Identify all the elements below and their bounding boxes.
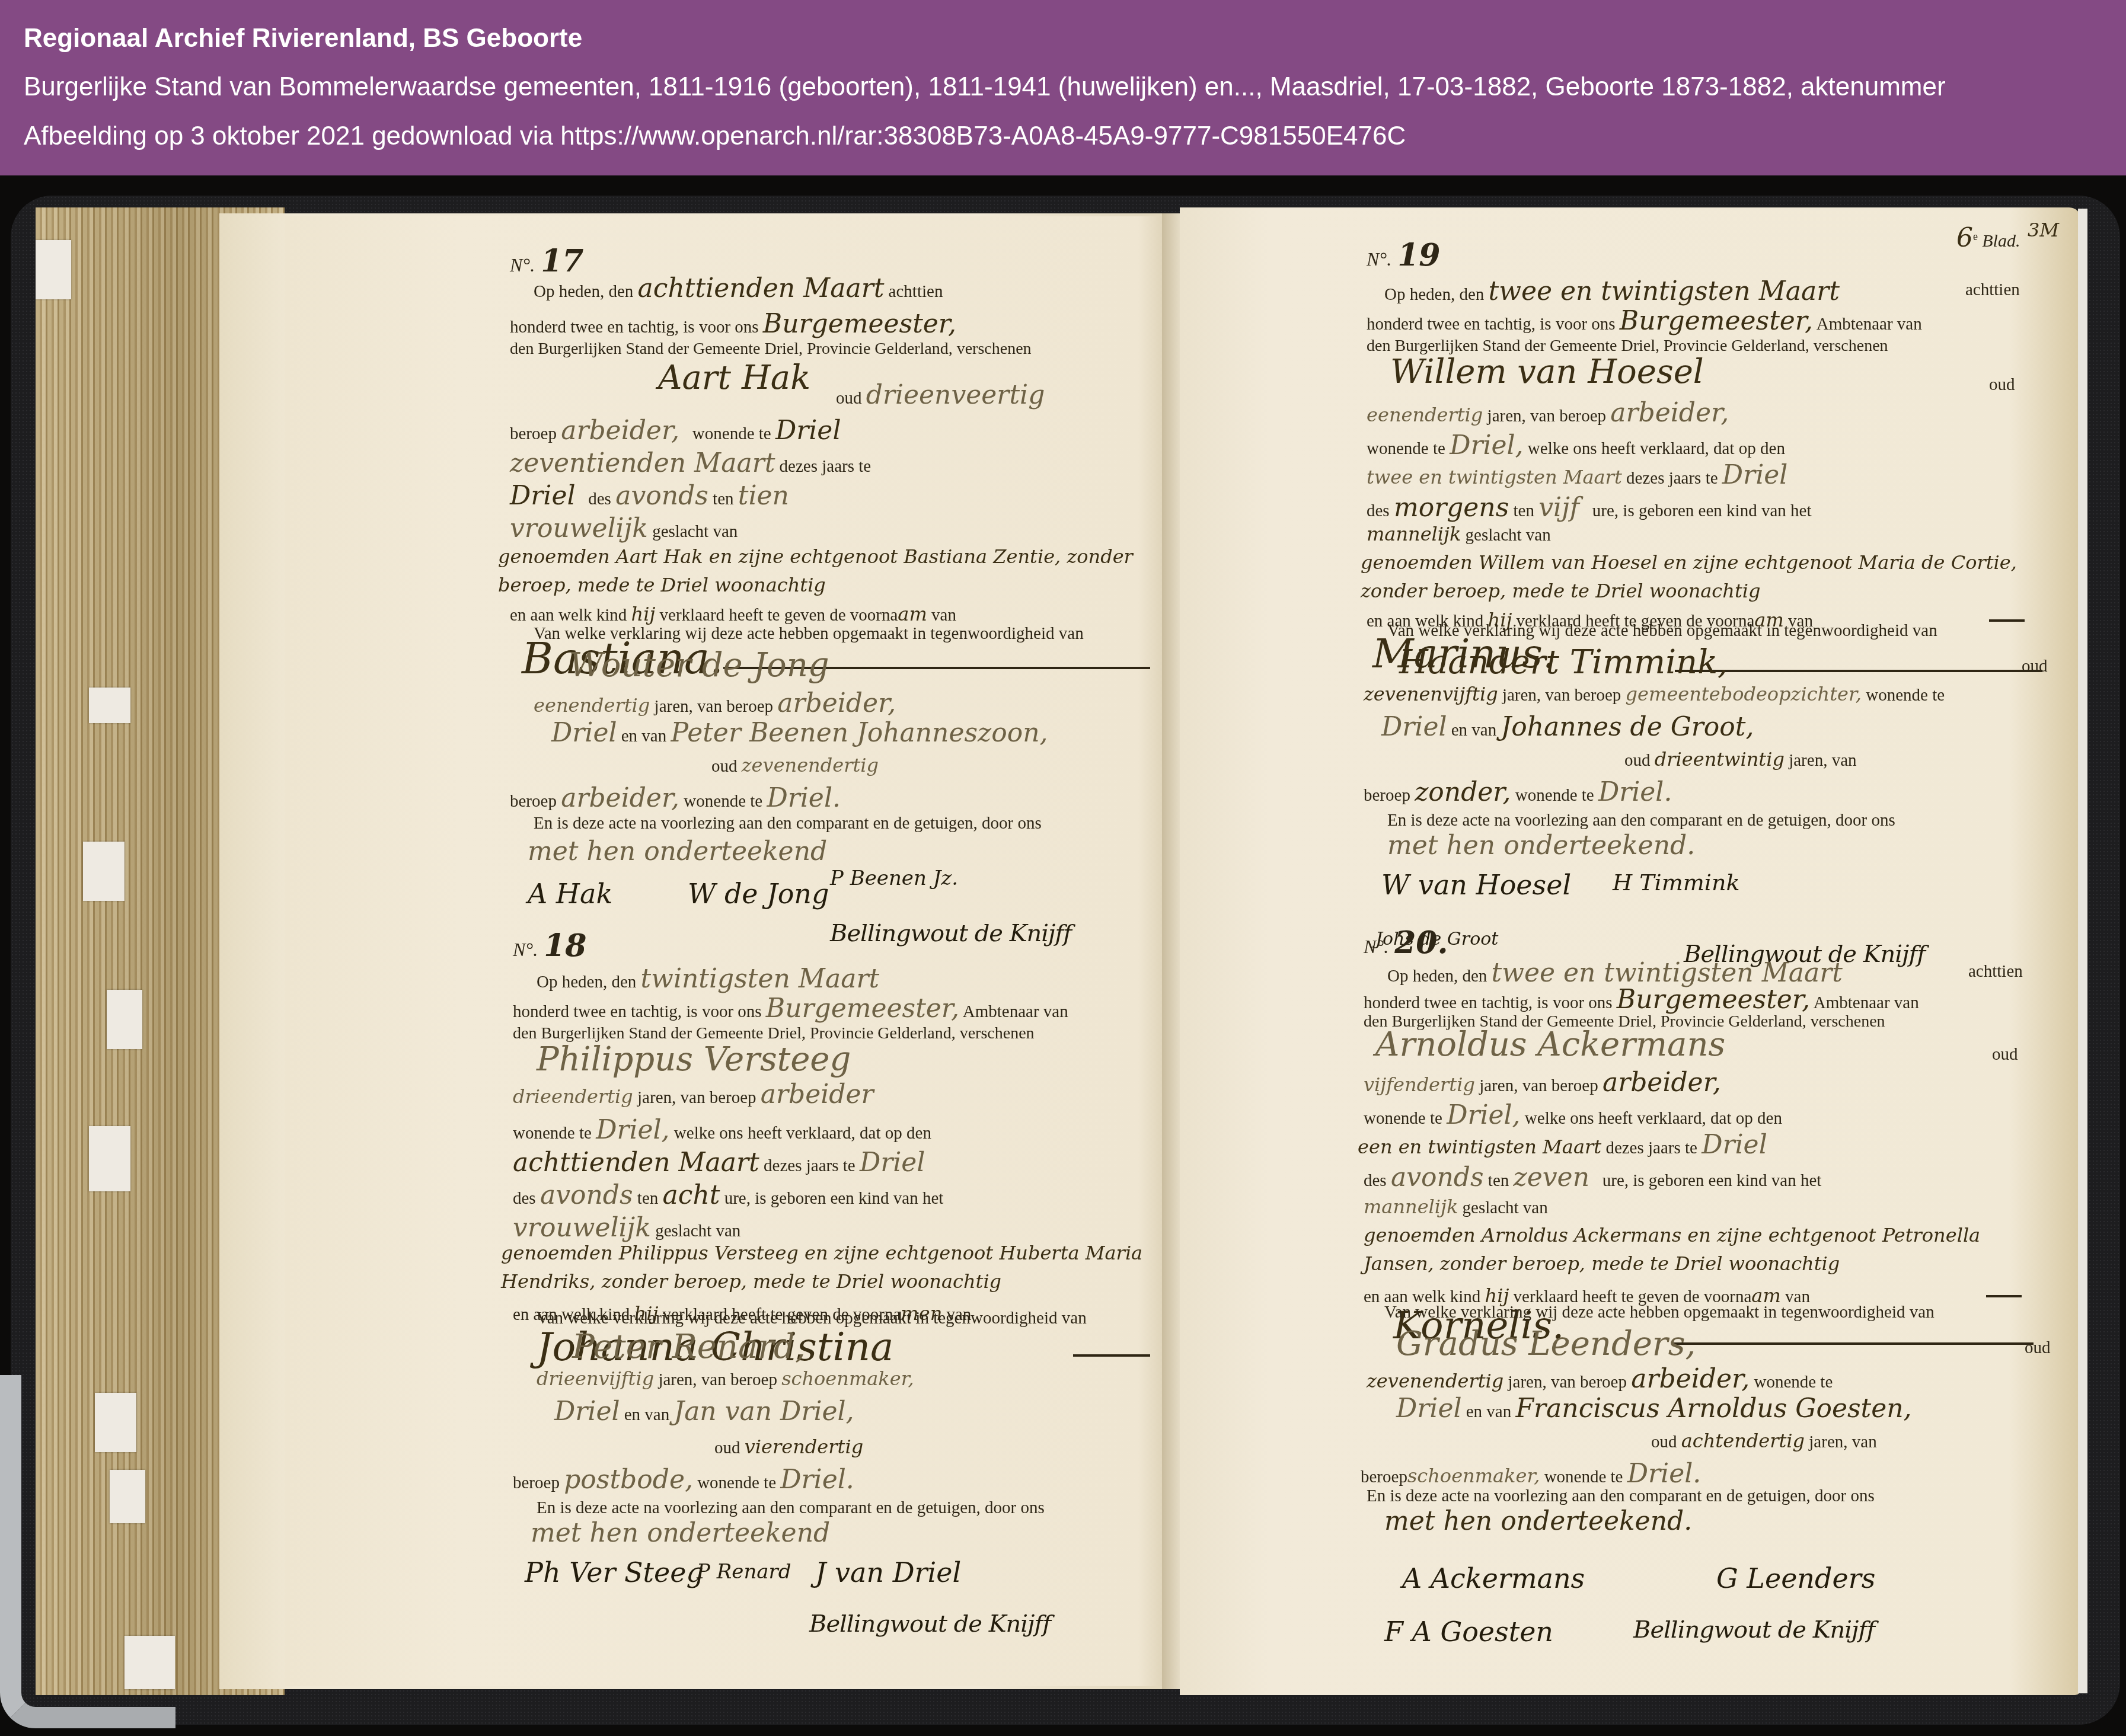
folio-note: 3M	[2028, 220, 2059, 239]
form-text: oud	[2025, 1339, 2051, 1357]
signature: W van Hoesel	[1381, 871, 1571, 899]
hw-witness1-occupation: schoenmaker,	[781, 1367, 914, 1390]
hw-signed: met hen onderteekend	[531, 1520, 830, 1546]
record-number-label: N°.	[1364, 936, 1388, 957]
hw-witness2: Franciscus Arnoldus Goesten,	[1516, 1393, 1912, 1424]
hw-occupation: arbeider,	[1603, 1067, 1721, 1098]
hw-hour: acht	[663, 1180, 720, 1210]
hw-time-of-day: avonds	[540, 1180, 633, 1210]
form-text: wonende te	[1754, 1373, 1833, 1392]
archive-title: Regionaal Archief Rivierenland, BS Geboo…	[24, 24, 582, 53]
hw-official: Burgemeester,	[1617, 984, 1810, 1015]
hw-sex: mannelijk	[1364, 1195, 1458, 1218]
sheet-header: 6e Blad.	[1956, 225, 2020, 251]
hw-declarant: Willem van Hoesel	[1390, 356, 1704, 389]
hw-age: eenendertig	[1367, 404, 1483, 426]
hw-declarant: Philippus Versteeg	[537, 1043, 851, 1076]
form-text: en van	[621, 727, 667, 746]
hw-time-of-day: avonds	[615, 481, 708, 511]
hw-birth-date: twee en twintigsten Maart	[1367, 466, 1622, 488]
hw-witness1-occupation: gemeentebodeopzichter,	[1626, 683, 1862, 705]
name-rule	[1073, 1354, 1150, 1357]
hw-occupation: arbeider,	[561, 415, 679, 446]
hw-date: twee en twintigsten Maart	[1492, 958, 1843, 988]
name-rule	[1672, 1342, 2034, 1345]
hw-occupation: arbeider,	[1610, 398, 1729, 428]
name-rule	[1675, 670, 2042, 672]
page-tab	[125, 1636, 175, 1689]
form-text: honderd twee en tachtig, is voor ons	[1367, 315, 1616, 334]
dash-rule	[1986, 1295, 2022, 1297]
hw-age: drieendertig	[513, 1085, 633, 1108]
signature: J van Driel	[815, 1559, 961, 1586]
form-text: achttien	[1965, 282, 2020, 299]
hw-witness1: Wouter de Jong	[569, 649, 829, 682]
hw-witness1-residence: Driel	[1396, 1393, 1462, 1424]
hw-birth-date: zeventienden Maart	[510, 448, 775, 478]
right-page-edge	[2078, 209, 2087, 1693]
page-tab	[110, 1470, 145, 1523]
hw-time-of-day: morgens	[1394, 493, 1509, 523]
form-text: Ambtenaar van	[1814, 993, 1919, 1012]
record-number: 19	[1397, 237, 1440, 273]
hw-witness1-age: eenendertig	[534, 694, 650, 717]
form-text: dezes jaars te	[764, 1156, 855, 1175]
hw-witness2-residence: Driel.	[780, 1465, 854, 1495]
signature: Ph Ver Steeg	[525, 1559, 704, 1586]
record-number: 17	[541, 243, 583, 279]
hw-official: Burgemeester,	[1620, 306, 1813, 336]
hw-witness2: Johannes de Groot,	[1501, 712, 1754, 742]
form-text: jaren, van beroep	[1487, 407, 1606, 426]
form-text: En is deze acte na voorlezing aan den co…	[537, 1500, 1045, 1517]
dash-rule	[1989, 619, 2025, 622]
form-text: Van welke verklaring wij deze acte hebbe…	[537, 1310, 1087, 1327]
hw-witness2-age: zevenendertig	[742, 754, 879, 776]
hw-occupation: arbeider	[761, 1079, 874, 1110]
form-text: Op heden, den	[1387, 967, 1487, 986]
form-text: Op heden, den	[537, 973, 636, 992]
hw-birth-date: achttienden Maart	[513, 1147, 759, 1178]
form-text: wonende te	[1544, 1468, 1623, 1486]
hw-date: achttienden Maart	[638, 273, 885, 303]
hw-witness1: Haandert Timmink,	[1399, 646, 1728, 679]
form-text: jaren, van beroep	[1479, 1076, 1598, 1095]
form-text: jaren, van beroep	[1508, 1373, 1627, 1392]
form-text: Op heden, den	[1384, 285, 1484, 304]
form-text: oud	[711, 757, 738, 776]
form-text: geslacht van	[655, 1222, 740, 1241]
form-text: den Burgerlijken Stand der Gemeente Drie…	[1367, 338, 1888, 354]
blad-label: Blad.	[1982, 231, 2020, 251]
form-text: En is deze acte na voorlezing aan den co…	[534, 815, 1042, 832]
form-text: welke ons heeft verklaard, dat op den	[1528, 439, 1785, 458]
download-note: Afbeelding op 3 oktober 2021 gedownload …	[24, 122, 1406, 151]
hw-witness1-occupation: arbeider,	[1631, 1364, 1750, 1394]
sheet-number-sup: e	[1973, 231, 1978, 242]
form-text: ure, is geboren een kind van het	[1603, 1171, 1822, 1190]
archive-banner: Regionaal Archief Rivierenland, BS Geboo…	[0, 0, 2126, 175]
form-text: jaren, van beroep	[658, 1370, 777, 1389]
form-text: oud	[1989, 376, 2015, 394]
hw-sex: mannelijk	[1367, 523, 1461, 545]
hw-age: vijfendertig	[1364, 1073, 1475, 1096]
hw-residence: Driel,	[596, 1115, 669, 1145]
hw-witness2-age: drieentwintig	[1655, 748, 1785, 771]
record-number: 20.	[1394, 925, 1448, 961]
hw-witness1: Peter Renard,	[572, 1331, 806, 1364]
hw-sex: vrouwelijk	[510, 513, 648, 544]
page-tab	[89, 1126, 130, 1191]
hw-witness1: Gradus Leenders,	[1396, 1328, 1696, 1361]
form-text: Van welke verklaring wij deze acte hebbe…	[1384, 1304, 1935, 1321]
form-text: en van	[1451, 721, 1497, 740]
hw-pronoun: hij	[631, 603, 656, 625]
form-text: oud	[2022, 658, 2048, 675]
record-number-label: N°.	[513, 939, 538, 960]
signature: P Renard	[697, 1562, 791, 1582]
form-text: beroep	[510, 424, 557, 443]
official-signature: Bellingwout de Knijff	[1633, 1618, 1875, 1642]
form-text: Op heden, den	[534, 282, 633, 301]
hw-hour: zeven	[1514, 1162, 1589, 1192]
record-number: 18	[544, 928, 586, 964]
form-text: jaren, van	[1809, 1433, 1876, 1452]
form-text: en aan welk kind	[510, 606, 627, 625]
signature: W de Jong	[688, 880, 829, 907]
form-text: oud	[714, 1438, 740, 1457]
form-text: geslacht van	[1466, 526, 1551, 545]
source-description: Burgerlijke Stand van Bommelerwaardse ge…	[24, 72, 1946, 102]
record-number-label: N°.	[510, 254, 535, 276]
hw-witness1-residence: Driel	[554, 1396, 620, 1427]
form-text: den Burgerlijken Stand der Gemeente Drie…	[510, 341, 1032, 357]
hw-birth-place: Driel	[1722, 460, 1788, 490]
form-text: den Burgerlijken Stand der Gemeente Drie…	[513, 1025, 1035, 1042]
form-text: honderd twee en tachtig, is voor ons	[513, 1002, 762, 1021]
hw-hour: tien	[738, 481, 789, 511]
form-text: ure, is geboren een kind van het	[724, 1189, 944, 1208]
hw-birth-place: Driel	[510, 481, 576, 511]
form-text: van	[931, 606, 956, 625]
form-text: wonende te	[513, 1124, 592, 1143]
hw-birth-place: Driel	[1702, 1130, 1767, 1160]
hw-hour: vijf	[1538, 493, 1579, 523]
page-tab	[89, 688, 130, 723]
form-text: dezes jaars te	[1605, 1139, 1697, 1158]
form-text: welke ons heeft verklaard, dat op den	[1525, 1109, 1782, 1128]
form-text: En is deze acte na voorlezing aan den co…	[1367, 1488, 1875, 1505]
hw-witness2-occupation: arbeider,	[561, 783, 679, 813]
form-text: en van	[624, 1405, 670, 1424]
form-text: des	[513, 1189, 536, 1208]
form-text: jaren, van beroep	[655, 697, 773, 716]
form-text: Van welke verklaring wij deze acte hebbe…	[1387, 622, 1937, 640]
form-text: des	[588, 490, 611, 509]
form-text: beroep	[1364, 786, 1410, 805]
form-text: jaren, van	[1789, 751, 1856, 770]
hw-date: twee en twintigsten Maart	[1489, 276, 1840, 306]
form-text: jaren, van beroep	[1502, 686, 1621, 705]
form-text: achttien	[889, 282, 943, 301]
signature: A Hak	[528, 880, 612, 907]
signature: H Timmink	[1613, 871, 1739, 894]
hw-signed: met hen onderteekend	[528, 839, 827, 865]
form-text: wonende te	[1364, 1109, 1442, 1128]
record-number-label: N°.	[1367, 248, 1391, 270]
hw-suffix: am	[898, 603, 927, 625]
hw-witness2-occupation: zonder,	[1415, 777, 1511, 807]
hw-witness2-occupation: postbode,	[564, 1465, 693, 1495]
hw-witness2-age: achtendertig	[1681, 1430, 1805, 1452]
form-text: oud	[836, 389, 862, 408]
form-text: Ambtenaar van	[1817, 315, 1922, 334]
form-text: achttien	[1968, 963, 2023, 980]
hw-date: twintigsten Maart	[641, 964, 880, 994]
form-text: wonende te	[1515, 786, 1594, 805]
form-text: wonende te	[692, 424, 771, 443]
form-text: wonende te	[1367, 439, 1445, 458]
signature: A Ackermans	[1402, 1565, 1585, 1592]
official-signature: Bellingwout de Knijff	[809, 1612, 1051, 1636]
hw-witness2-residence: Driel.	[767, 783, 840, 813]
form-text: ten	[1514, 501, 1534, 520]
form-text: oud	[1992, 1046, 2018, 1063]
hw-official: Burgemeester,	[763, 309, 956, 339]
form-text: En is deze acte na voorlezing aan den co…	[1387, 812, 1895, 829]
form-text: welke ons heeft verklaard, dat op den	[674, 1124, 931, 1143]
hw-witness2-occupation: schoenmaker,	[1407, 1465, 1540, 1487]
signature: G Leenders	[1716, 1565, 1875, 1592]
hw-time-of-day: avonds	[1391, 1162, 1484, 1192]
form-text: Van welke verklaring wij deze acte hebbe…	[534, 625, 1084, 642]
form-text: ten	[713, 490, 733, 509]
hw-parents: genoemden Philippus Versteeg en zijne ec…	[501, 1239, 1153, 1296]
page-tab	[83, 842, 125, 901]
form-text: ten	[637, 1189, 658, 1208]
signature: F A Goesten	[1384, 1618, 1553, 1645]
hw-parents: genoemden Aart Hak en zijne echtgenoot B…	[498, 542, 1150, 599]
hw-witness1-residence: Driel	[1381, 712, 1447, 742]
form-text: en van	[1466, 1402, 1512, 1421]
official-signature: Bellingwout de Knijff	[830, 922, 1071, 945]
hw-declarant: Arnoldus Ackermans	[1375, 1028, 1725, 1062]
form-text: wonende te	[697, 1473, 776, 1492]
form-text: honderd twee en tachtig, is voor ons	[1364, 993, 1613, 1012]
hw-parents: genoemden Arnoldus Ackermans en zijne ec…	[1364, 1221, 2045, 1278]
hw-witness1-occupation: arbeider,	[777, 688, 896, 718]
hw-witness1-age: zevenenvijftig	[1364, 683, 1498, 705]
form-text: des	[1367, 501, 1390, 520]
form-text: beroep	[513, 1473, 560, 1492]
form-text: beroep	[1361, 1468, 1407, 1486]
hw-witness2-residence: Driel.	[1598, 777, 1672, 807]
form-text: geslacht van	[652, 522, 738, 541]
form-text: dezes jaars te	[780, 457, 872, 476]
page-tab	[107, 990, 142, 1049]
hw-witness2: Peter Beenen Johanneszoon,	[671, 718, 1048, 748]
hw-witness2: Jan van Driel,	[674, 1396, 854, 1427]
hw-signed: met hen onderteekend.	[1387, 833, 1695, 859]
form-text: beroep	[510, 792, 557, 811]
hw-birth-date: een en twintigsten Maart	[1358, 1136, 1601, 1158]
page-tab	[36, 240, 71, 299]
hw-official: Burgemeester,	[766, 993, 959, 1024]
hw-witness1-age: zevenendertig	[1367, 1370, 1503, 1392]
form-text: ten	[1488, 1171, 1509, 1190]
form-text: wonende te	[1866, 686, 1945, 705]
form-text: oud	[1651, 1433, 1677, 1452]
form-text: ure, is geboren een kind van het	[1592, 501, 1812, 520]
form-text: des	[1364, 1171, 1387, 1190]
form-text: geslacht van	[1463, 1198, 1548, 1217]
form-text: Ambtenaar van	[963, 1002, 1068, 1021]
hw-residence: Driel,	[1447, 1100, 1520, 1130]
form-text: honderd twee en tachtig, is voor ons	[510, 318, 759, 337]
hw-age: drieenveertig	[866, 380, 1045, 410]
hw-birth-place: Driel	[860, 1147, 925, 1178]
form-text: voorna	[850, 606, 898, 625]
hw-declarant: Aart Hak	[658, 362, 810, 395]
signature: P Beenen Jz.	[830, 868, 958, 888]
form-text: wonende te	[684, 792, 762, 811]
sheet-number: 6	[1956, 223, 1973, 253]
form-text: verklaard heeft te geven de	[660, 606, 846, 625]
page-tab	[95, 1393, 136, 1452]
hw-witness2-age: vierendertig	[745, 1436, 863, 1458]
hw-witness1-residence: Driel	[551, 718, 617, 748]
hw-parents: genoemden Willem van Hoesel en zijne ech…	[1361, 548, 2042, 605]
hw-signed: met hen onderteekend.	[1384, 1508, 1692, 1534]
hw-residence: Driel,	[1450, 430, 1523, 461]
form-text: oud	[1624, 751, 1651, 770]
hw-witness1-age: drieenvijftig	[537, 1367, 654, 1390]
hw-witness2-residence: Driel.	[1627, 1459, 1701, 1489]
hw-residence: Driel	[775, 415, 841, 446]
form-text: jaren, van beroep	[637, 1088, 756, 1107]
form-text: dezes jaars te	[1626, 469, 1718, 488]
